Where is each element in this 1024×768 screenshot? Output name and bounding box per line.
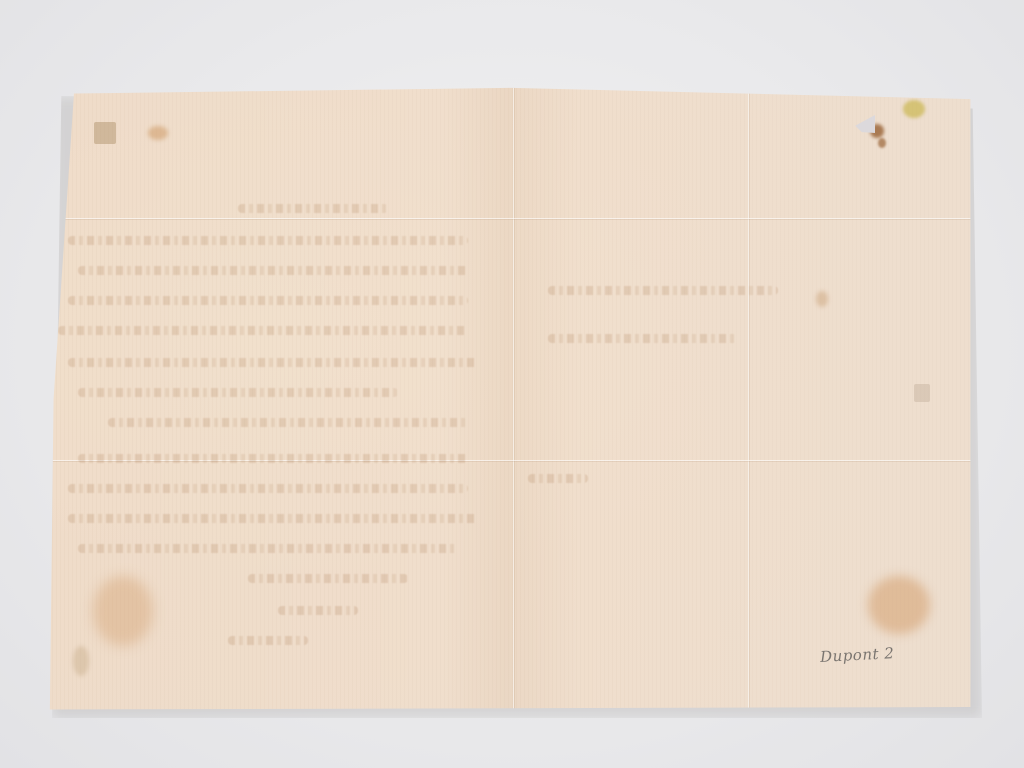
handwriting-line [58, 326, 468, 335]
handwriting-line [108, 418, 468, 427]
stain [148, 126, 168, 140]
handwriting-line [78, 266, 468, 275]
stain [914, 384, 930, 402]
stain [816, 291, 828, 307]
stain [73, 646, 89, 676]
handwriting-line [238, 204, 388, 213]
handwriting-line [78, 454, 468, 463]
handwriting-line [78, 388, 398, 397]
stain [878, 138, 886, 148]
handwriting-line [78, 544, 458, 553]
handwriting-line [278, 606, 358, 615]
handwriting-line [228, 636, 308, 645]
handwriting-line [548, 286, 778, 295]
stain [903, 100, 925, 118]
letter-sheet [48, 86, 976, 712]
handwriting-line [528, 474, 588, 483]
stain [93, 576, 153, 646]
upper-horizontal-fold [48, 218, 976, 219]
center-fold [513, 86, 514, 712]
stain [868, 576, 930, 634]
handwriting-line [68, 358, 478, 367]
handwriting-line [68, 236, 468, 245]
handwriting-line [548, 334, 738, 343]
handwriting-line [248, 574, 408, 583]
handwriting-line [68, 296, 468, 305]
handwriting-line [68, 484, 468, 493]
square-stain [94, 122, 116, 144]
handwriting-line [68, 514, 478, 523]
right-vertical-fold [748, 86, 749, 712]
